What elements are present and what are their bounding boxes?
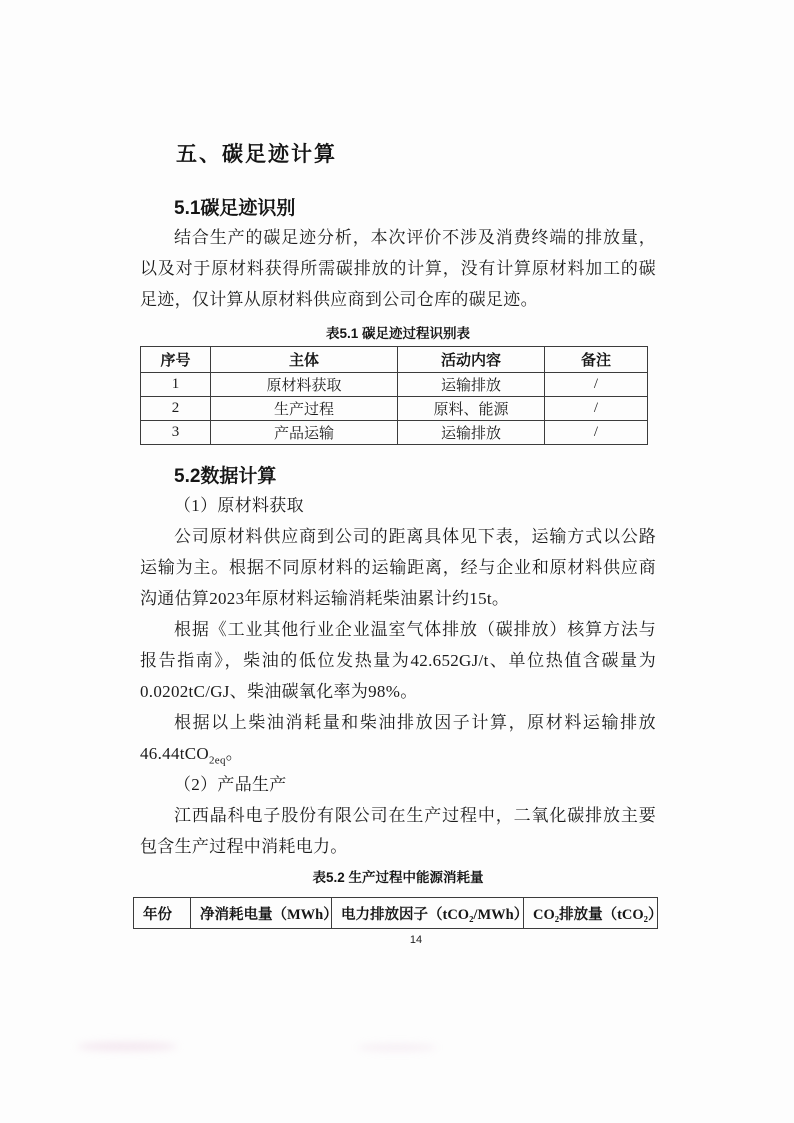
page-content: 五、碳足迹计算 5.1碳足迹识别 结合生产的碳足迹分析，本次评价不涉及消费终端的… [140,0,656,947]
paragraph-transport-distance: 公司原材料供应商到公司的距离具体见下表，运输方式以公路运输为主。根据不同原材料的… [140,521,656,614]
table-cell: 原材料获取 [211,373,398,397]
table-row: 1 原材料获取 运输排放 / [141,373,648,397]
table-cell: 3 [141,421,211,445]
paragraph-production-emission: 江西晶科电子股份有限公司在生产过程中，二氧化碳排放主要包含生产过程中消耗电力。 [140,800,656,862]
table-cell: 运输排放 [398,421,545,445]
table-cell: / [545,373,648,397]
table-row: 3 产品运输 运输排放 / [141,421,648,445]
paragraph-diesel-factors: 根据《工业其他行业企业温室气体排放（碳排放）核算方法与报告指南》，柴油的低位发热… [140,614,656,707]
sentence-end: 。 [226,744,243,763]
page-number: 14 [176,934,656,947]
section-heading: 五、碳足迹计算 [176,141,656,169]
paragraph-footprint-scope: 结合生产的碳足迹分析，本次评价不涉及消费终端的排放量，以及对于原材料获得所需碳排… [140,222,656,315]
table-cell: 产品运输 [211,421,398,445]
list-item-raw-material: （1）原材料获取 [140,490,656,521]
table-5-1-header-row: 序号 主体 活动内容 备注 [141,347,648,373]
table-5-2-caption: 表5.2 生产过程中能源消耗量 [140,869,656,887]
table-cell: 2 [141,397,211,421]
table-cell: 运输排放 [398,373,545,397]
table-header-cell: 净消耗电量（MWh） [191,898,332,929]
document-page: 五、碳足迹计算 5.1碳足迹识别 结合生产的碳足迹分析，本次评价不涉及消费终端的… [0,0,794,1123]
table-cell: 原料、能源 [398,397,545,421]
table-header-cell: 序号 [141,347,211,373]
paragraph-transport-emission: 根据以上柴油消耗量和柴油排放因子计算，原材料运输排放46.44tCO2eq。 [140,707,656,769]
table-row: 2 生产过程 原料、能源 / [141,397,648,421]
table-header-cell: 备注 [545,347,648,373]
scan-smudge [77,1042,177,1051]
co2eq-subscript: 2eq [209,754,226,766]
table-cell: 1 [141,373,211,397]
table-header-cell: 电力排放因子（tCO₂/MWh） [332,898,524,929]
table-cell: 生产过程 [211,397,398,421]
table-header-cell: 年份 [134,898,191,929]
scan-smudge [357,1044,437,1051]
list-item-product-production: （2）产品生产 [140,769,656,800]
table-5-2: 年份 净消耗电量（MWh） 电力排放因子（tCO₂/MWh） CO₂排放量（tC… [133,897,658,929]
table-header-cell: 活动内容 [398,347,545,373]
table-5-2-header-row: 年份 净消耗电量（MWh） 电力排放因子（tCO₂/MWh） CO₂排放量（tC… [134,898,658,929]
table-cell: / [545,421,648,445]
subsection-heading-5-1: 5.1碳足迹识别 [174,196,656,222]
table-header-cell: 主体 [211,347,398,373]
table-5-1: 序号 主体 活动内容 备注 1 原材料获取 运输排放 / 2 生产过程 原料、能… [140,346,648,445]
table-header-cell: CO₂排放量（tCO₂） [524,898,658,929]
table-5-1-caption: 表5.1 碳足迹过程识别表 [140,325,656,343]
table-cell: / [545,397,648,421]
subsection-heading-5-2: 5.2数据计算 [174,464,656,490]
